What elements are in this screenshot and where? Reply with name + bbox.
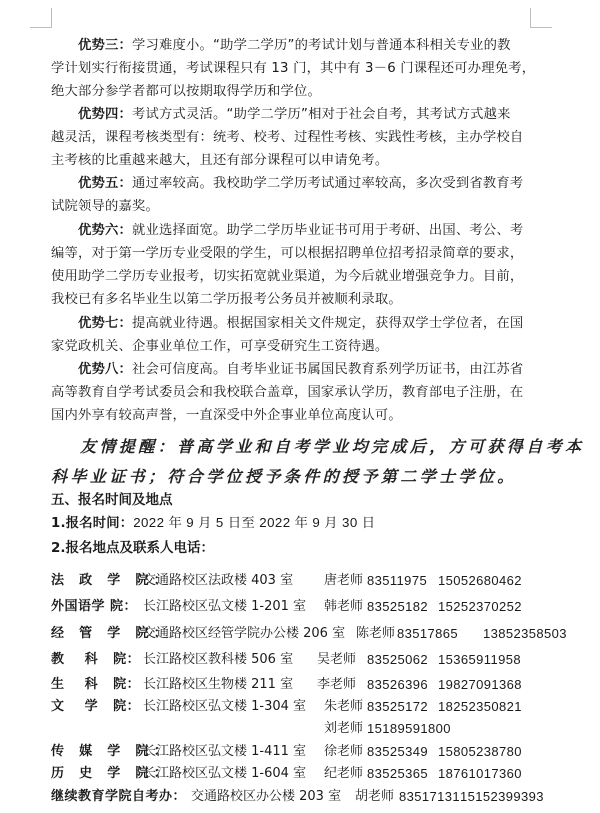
section-heading: 五、报名时间及地点 — [51, 491, 173, 509]
advantage-title: 优势四： — [78, 107, 132, 122]
advantage-8-line-3: 国内外享有较高声誉，一直深受中外企事业单位高度认可。 — [51, 407, 402, 425]
advantage-title: 优势七： — [78, 316, 132, 331]
advantage-title: 优势六： — [78, 223, 132, 238]
page-corner-mark-left — [30, 8, 52, 28]
advantage-8-line-1: 优势八：社会可信度高。自考毕业证书属国民教育系列学历证书，由江苏省 — [78, 361, 523, 379]
advantage-4-line-1: 优势四：考试方式灵活。“助学二学历”相对于社会自考，其考试方式越来 — [78, 106, 511, 124]
advantage-title: 优势八： — [78, 362, 132, 377]
advantage-5-line-2: 试院领导的嘉奖。 — [51, 198, 159, 216]
advantage-6-line-2: 编等，对于第一学历专业受限的学生，可以根据招聘单位招考招录简章的要求， — [51, 245, 523, 263]
advantage-3-line-3: 绝大部分参学者都可以按期取得学历和学位。 — [51, 83, 321, 101]
advantage-7-line-2: 家党政机关、企事业单位工作，可享受研究生工资待遇。 — [51, 338, 388, 356]
friendly-reminder-line-1: 友情提醒：普高学业和自考学业均完成后，方可获得自考本 — [80, 436, 584, 458]
friendly-reminder-line-2: 科毕业证书；符合学位授予条件的授予第二学士学位。 — [51, 466, 517, 488]
advantage-6-line-3: 使用助学二学历专业报考，切实拓宽就业渠道，为今后就业增强竞争力。目前， — [51, 268, 523, 286]
advantage-title: 优势三： — [78, 38, 132, 53]
advantage-4-line-2: 越灵活，课程考核类型有：统考、校考、过程性考核、实践性考核，主办学校自 — [51, 129, 523, 147]
registration-time: 1.报名时间：2022 年 9 月 5 日至 2022 年 9 月 30 日 — [51, 514, 375, 533]
advantage-7-line-1: 优势七：提高就业待遇。根据国家相关文件规定，获得双学士学位者，在国 — [78, 315, 523, 333]
advantage-6-line-1: 优势六：就业选择面宽。助学二学历毕业证书可用于考研、出国、考公、考 — [78, 222, 523, 240]
page-corner-mark-right — [530, 8, 552, 28]
advantage-5-line-1: 优势五：通过率较高。我校助学二学历考试通过率较高，多次受到省教育考 — [78, 175, 523, 193]
advantage-8-line-2: 高等教育自学考试委员会和我校联合盖章，国家承认学历，教育部电子注册，在 — [51, 384, 523, 402]
advantage-3-line-1: 优势三：学习难度小。“助学二学历”的考试计划与普通本科相关专业的教 — [78, 37, 511, 55]
advantage-title: 优势五： — [78, 176, 132, 191]
advantage-4-line-3: 主考核的比重越来越大，且还有部分课程可以申请免考。 — [51, 152, 388, 170]
advantage-3-line-2: 学计划实行衔接贯通，考试课程只有 13 门，其中有 3－6 门课程还可办理免考， — [51, 60, 535, 78]
advantage-6-line-4: 我校已有多名毕业生以第二学历报考公务员并被顺利录取。 — [51, 291, 402, 309]
registration-place-label: 2.报名地点及联系人电话： — [51, 539, 214, 557]
